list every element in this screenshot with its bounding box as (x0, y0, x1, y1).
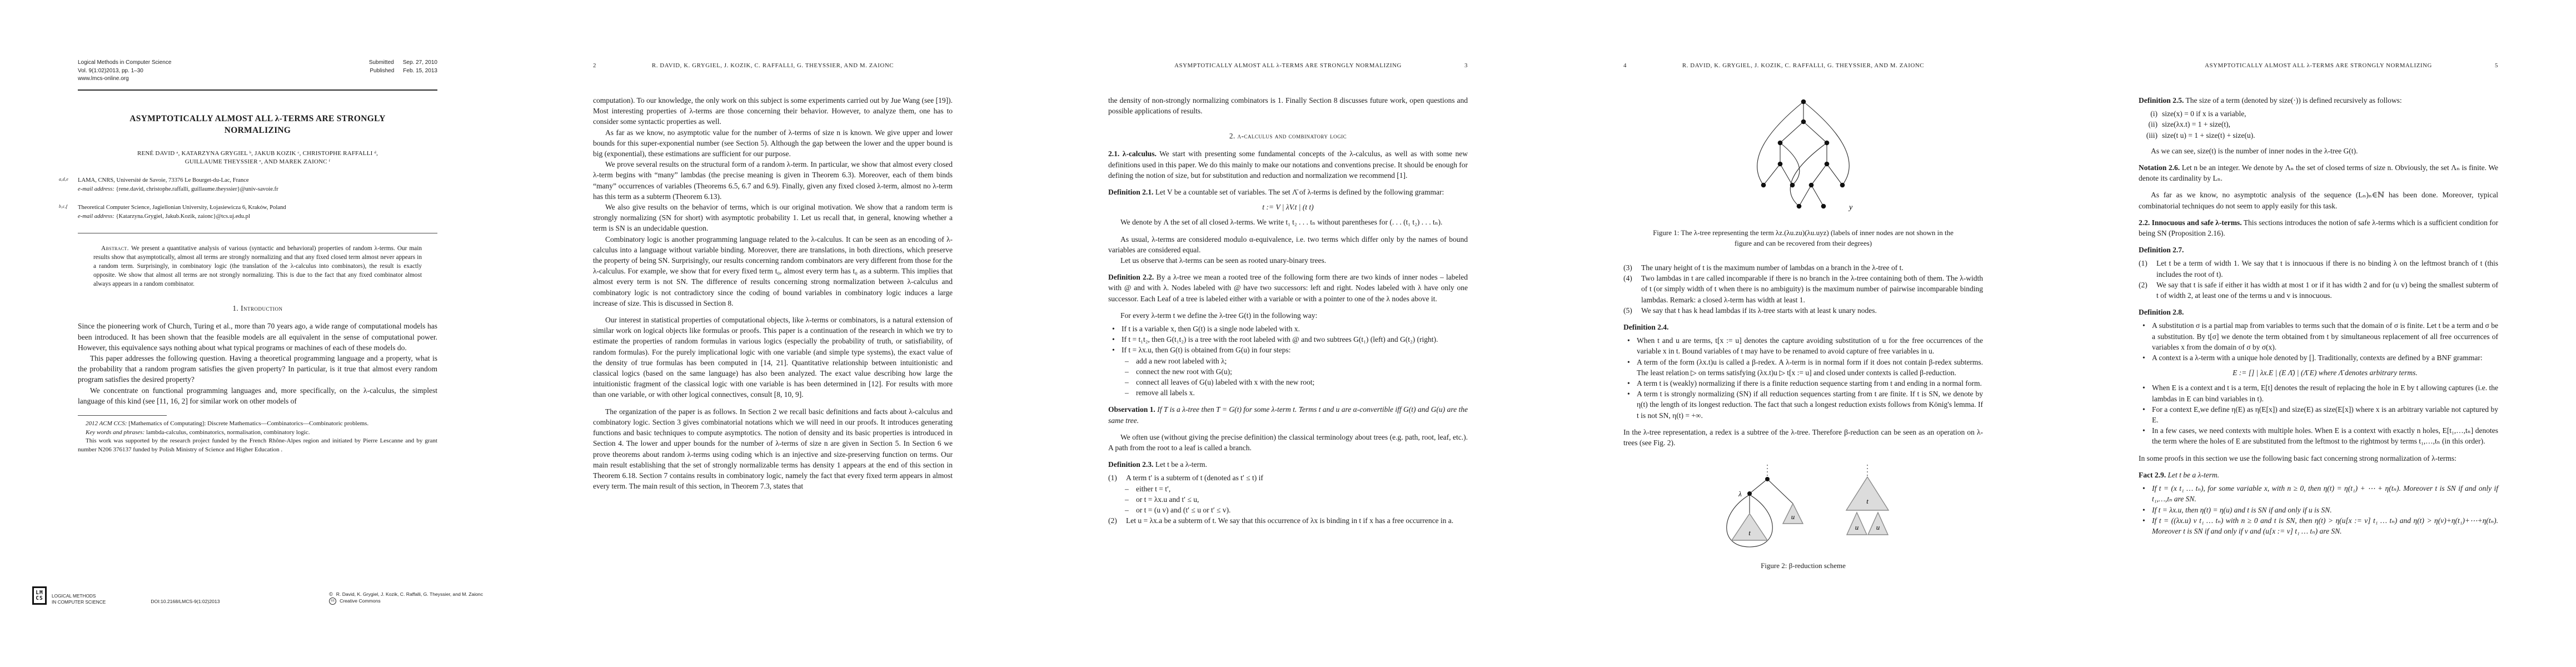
list: (i)size(x) = 0 if x is a variable,(ii)si… (2139, 108, 2498, 141)
page-number: 3 (1464, 62, 1468, 69)
section-heading: 1. Introduction (78, 304, 437, 313)
item-text: remove all labels x. (1136, 389, 1195, 397)
document-canvas: Logical Methods in Computer ScienceVol. … (0, 0, 2576, 667)
list-item: (iii)size(t u) = 1 + size(t) + size(u). (2139, 130, 2498, 141)
paragraph: Definition 2.8. (2139, 307, 2498, 317)
journal-line: Vol. 9(1:02)2013, pp. 1–30 (78, 67, 171, 76)
page-number: 5 (2495, 62, 2498, 69)
paragraph-lead: Definition 2.2. (1108, 273, 1154, 281)
journal-header: Logical Methods in Computer ScienceVol. … (78, 59, 437, 83)
affiliation-address: Theoretical Computer Science, Jagielloni… (78, 203, 437, 212)
page-2: 2R. DAVID, K. GRYGIEL, J. KOZIK, C. RAFF… (515, 0, 1030, 667)
list-item: •If t is a variable x, then G(t) is a si… (1108, 323, 1468, 334)
paragraph: Definition 2.2. By a λ-tree we mean a ro… (1108, 272, 1468, 304)
item-label: • (2142, 515, 2145, 526)
paragraph: 2.1. λ-calculus. We start with presentin… (1108, 148, 1468, 181)
lmcs-logo-text: CS (36, 596, 43, 601)
paragraph-lead: Definition 2.4. (1623, 323, 1668, 331)
svg-text:λ: λ (1738, 490, 1742, 498)
running-header: ASYMPTOTICALLY ALMOST ALL λ-TERMS ARE ST… (1108, 62, 1468, 69)
paragraph: As usual, λ-terms are considered modulo … (1108, 234, 1468, 255)
item-text: We say that t is safe if either it has w… (2156, 281, 2498, 300)
list-item: (2)We say that t is safe if either it ha… (2139, 280, 2498, 301)
horizontal-rule (78, 233, 437, 233)
list-item: •A context is a λ-term with a unique hol… (2139, 352, 2498, 378)
item-label: • (1112, 345, 1115, 355)
paragraph: Combinatory logic is another programming… (593, 234, 953, 308)
title-line: NORMALIZING (78, 125, 437, 136)
footnote-lead: Key words and phrases: (86, 429, 145, 436)
paragraph: computation). To our knowledge, the only… (593, 95, 953, 127)
paragraph-lead: Definition 2.5. (2139, 96, 2184, 104)
item-text: Two lambdas in t are called incomparable… (1641, 274, 1983, 303)
item-text: A term t is (weakly) normalizing if ther… (1637, 379, 1982, 387)
item-text: size(λx.t) = 1 + size(t), (2162, 120, 2230, 128)
svg-text:u: u (1876, 523, 1880, 531)
paragraph: Definition 2.3. Let t be a λ-term. (1108, 459, 1468, 470)
paragraph-lead: Definition 2.1. (1108, 188, 1153, 196)
item-label: (2) (1108, 515, 1117, 526)
authors-line: RENÉ DAVID ᵃ, KATARZYNA GRYGIEL ᵇ, JAKUB… (78, 150, 437, 158)
item-text: A context is a λ-term with a unique hole… (2152, 354, 2483, 362)
paragraph: Definition 2.1. Let V be a countable set… (1108, 187, 1468, 197)
paragraph: Notation 2.6. Let n be an integer. We de… (2139, 162, 2498, 183)
item-text: A substitution σ is a partial map from v… (2152, 321, 2498, 351)
list-item: (i)size(x) = 0 if x is a variable, (2139, 108, 2498, 119)
item-text: If t is a variable x, then G(t) is a sin… (1122, 325, 1300, 333)
item-text: Let t be a term of width 1. We say that … (2156, 259, 2498, 278)
list-item: •If t = t₁t₂, then G(t₁t₂) is a tree wit… (1108, 334, 1468, 345)
item-label: • (2142, 382, 2145, 393)
item-text: connect the new root with G(u); (1136, 367, 1232, 376)
paragraph: We concentrate on functional programming… (78, 385, 437, 406)
item-text: connect all leaves of G(u) labeled with … (1136, 378, 1314, 386)
paragraph: As we can see, size(t) is the number of … (2139, 146, 2498, 156)
item-text: The unary height of t is the maximum num… (1641, 263, 1904, 272)
paper-title: ASYMPTOTICALLY ALMOST ALL λ-TERMS ARE ST… (78, 113, 437, 136)
item-label: (5) (1623, 305, 1632, 316)
creative-commons-icon: cc (329, 598, 336, 605)
section-heading: 2. λ-calculus and combinatory logic (1108, 132, 1468, 141)
item-text: either t = t′, (1136, 485, 1170, 493)
item-label: • (2142, 404, 2145, 415)
paragraph: Definition 2.7. (2139, 245, 2498, 255)
running-title: ASYMPTOTICALLY ALMOST ALL λ-TERMS ARE ST… (1174, 62, 1402, 69)
affiliation-marker: a,d,e (59, 175, 68, 184)
date-value: Feb. 15, 2013 (403, 67, 437, 76)
spacer (1623, 248, 1983, 260)
paragraph: In some proofs in this section we use th… (2139, 453, 2498, 464)
journal-info: Logical Methods in Computer ScienceVol. … (78, 59, 171, 83)
svg-text:u: u (1791, 512, 1795, 521)
item-text: We say that t has k head lambdas if its … (1641, 306, 1877, 315)
page-4: 4R. DAVID, K. GRYGIEL, J. KOZIK, C. RAFF… (1546, 0, 2061, 667)
affiliation-email: e-mail address: {rene.david, christophe.… (78, 185, 437, 194)
list-item: (ii)size(λx.t) = 1 + size(t), (2139, 119, 2498, 130)
cc-text: Creative Commons (340, 598, 381, 605)
list-item: (3)The unary height of t is the maximum … (1623, 262, 1983, 273)
item-text: If t = ((λx.u) v t₁ … tₙ) with n ≥ 0 and… (2152, 516, 2498, 535)
item-text: When t and u are terms, t[x := u] denote… (1637, 336, 1983, 355)
copyright-text: R. David, K. Grygiel, J. Kozik, C. Raffa… (336, 591, 483, 598)
item-label: (2) (2139, 280, 2148, 290)
item-label: – (1125, 505, 1129, 515)
brand-line: Logical Methods (52, 593, 106, 599)
paragraph: Observation 1. If T is a λ-tree then T =… (1108, 404, 1468, 425)
footnote-block: 2012 ACM CCS: [Mathematics of Computatin… (78, 415, 437, 455)
date-label: Published (370, 67, 394, 76)
item-text: size(t u) = 1 + size(t) + size(u). (2162, 131, 2255, 140)
item-label: • (1112, 334, 1115, 345)
affiliation-email: e-mail address: {Katarzyna.Grygiel, Jaku… (78, 212, 437, 221)
list-item: •When t and u are terms, t[x := u] denot… (1623, 335, 1983, 356)
item-label: • (1627, 389, 1630, 399)
item-label: (1) (2139, 258, 2148, 268)
date-value: Sep. 27, 2010 (403, 59, 437, 67)
affiliation: a,d,eLAMA, CNRS, Université de Savoie, 7… (78, 176, 437, 193)
list: •When t and u are terms, t[x := u] denot… (1623, 335, 1983, 421)
list-item: •In a few cases, we need contexts with m… (2139, 425, 2498, 446)
rights-block: ©R. David, K. Grygiel, J. Kozik, C. Raff… (329, 591, 483, 605)
item-label: • (2142, 505, 2145, 515)
paragraph: In the λ-tree representation, a redex is… (1623, 427, 1983, 448)
list-item: •If t = ((λx.u) v t₁ … tₙ) with n ≥ 0 an… (2139, 515, 2498, 536)
list-item: •A term of the form (λx.t)u is called a … (1623, 357, 1983, 378)
item-label: – (1125, 387, 1129, 398)
item-text: When E is a context and t is a term, E[t… (2152, 384, 2498, 402)
item-label: (4) (1623, 273, 1632, 283)
list-subitem: –either t = t′, (1122, 484, 1468, 494)
list-item: •If t = λx.u, then G(t) is obtained from… (1108, 345, 1468, 355)
list-subitem: –connect the new root with G(u); (1122, 366, 1468, 377)
paragraph: Definition 2.5. The size of a term (deno… (2139, 95, 2498, 106)
item-text: Let u = λx.a be a subterm of t. We say t… (1126, 516, 1453, 525)
list-item: (2)Let u = λx.a be a subterm of t. We sa… (1108, 515, 1468, 526)
paragraph: We denote by Λ the set of all closed λ-t… (1108, 217, 1468, 227)
item-text: size(x) = 0 if x is a variable, (2162, 109, 2246, 118)
footnote: Key words and phrases: lambda-calculus, … (78, 429, 437, 437)
svg-text:u: u (1855, 523, 1858, 531)
running-title: ASYMPTOTICALLY ALMOST ALL λ-TERMS ARE ST… (2205, 62, 2432, 69)
paragraph: For every λ-term t we define the λ-tree … (1108, 310, 1468, 321)
item-text: A term t is strongly normalizing (SN) if… (1637, 390, 1983, 419)
paragraph: Definition 2.4. (1623, 322, 1983, 332)
footnote: 2012 ACM CCS: [Mathematics of Computatin… (78, 420, 437, 429)
item-text: If t = λx.u, then η(t) = η(u) and t is S… (2152, 506, 2332, 514)
svg-text:t: t (1748, 529, 1751, 537)
paragraph-lead: Definition 2.8. (2139, 308, 2184, 316)
item-text: For a context E,we define η(E) as η(E[x]… (2152, 405, 2498, 424)
list-subitem: –or t = λx.u and t′ ≤ u, (1122, 494, 1468, 505)
item-text: If t = t₁t₂, then G(t₁t₂) is a tree with… (1122, 335, 1438, 344)
copyright-row: ©R. David, K. Grygiel, J. Kozik, C. Raff… (329, 591, 483, 598)
running-header: ASYMPTOTICALLY ALMOST ALL λ-TERMS ARE ST… (2139, 62, 2498, 69)
running-header: 2R. DAVID, K. GRYGIEL, J. KOZIK, C. RAFF… (593, 62, 953, 69)
paragraph-lead: Definition 2.3. (1108, 460, 1153, 469)
running-header: 4R. DAVID, K. GRYGIEL, J. KOZIK, C. RAFF… (1623, 62, 1983, 69)
running-title: R. DAVID, K. GRYGIEL, J. KOZIK, C. RAFFA… (652, 62, 894, 69)
page-number: 4 (1623, 62, 1627, 69)
paragraph-lead: 2.1. λ-calculus. (1108, 150, 1157, 158)
svg-text:t: t (1866, 497, 1869, 505)
paragraph-lead: Observation 1. (1108, 405, 1155, 414)
lmcs-logo: LMCS (32, 586, 47, 605)
footnote-lead: 2012 ACM CCS: (86, 420, 127, 427)
running-title: R. DAVID, K. GRYGIEL, J. KOZIK, C. RAFFA… (1682, 62, 1924, 69)
item-text: A term of the form (λx.t)u is called a β… (1637, 358, 1983, 377)
lmcs-brand: Logical Methodsin Computer Science (52, 593, 106, 605)
list-item: •A term t is (weakly) normalizing if the… (1623, 378, 1983, 389)
copyright-icon: © (329, 591, 333, 598)
email-label: e-mail address: (78, 213, 116, 220)
item-text: or t = (u v) and (t′ ≤ u or t′ ≤ v). (1136, 506, 1230, 514)
email-value: {rene.david, christophe.raffalli, guilla… (116, 186, 278, 192)
list-item: •For a context E,we define η(E) as η(E[x… (2139, 404, 2498, 425)
abstract-label: Abstract. (101, 245, 131, 252)
affiliation-address: LAMA, CNRS, Université de Savoie, 73376 … (78, 176, 437, 185)
item-text: In a few cases, we need contexts with mu… (2152, 426, 2498, 445)
email-label: e-mail address: (78, 186, 116, 192)
list: •A substitution σ is a partial map from … (2139, 320, 2498, 446)
footnote-rule (78, 415, 167, 416)
display-formula: E := [] | λx.E | (E Λ̄) | (Λ̄ E) where Λ… (2152, 367, 2498, 378)
item-label: • (2142, 483, 2145, 494)
affiliation-marker: b,c,f (59, 202, 67, 211)
item-text: If t = (x t₁ … tₙ), for some variable x,… (2152, 484, 2498, 503)
item-label: • (2142, 320, 2145, 331)
item-label: – (1125, 494, 1129, 505)
figure-caption: Figure 2: β-reduction scheme (1643, 561, 1963, 571)
item-label: • (2142, 352, 2145, 363)
brand-line: in Computer Science (52, 599, 106, 605)
paragraph: This paper addresses the following quest… (78, 353, 437, 385)
list-subitem: –add a new root labeled with λ; (1122, 356, 1468, 366)
item-text: add a new root labeled with λ; (1136, 357, 1227, 365)
list: •If t = (x t₁ … tₙ), for some variable x… (2139, 483, 2498, 536)
item-label: (iii) (2139, 130, 2158, 141)
item-label: • (1627, 335, 1630, 346)
item-label: • (2142, 425, 2145, 436)
date-label: Submitted (369, 59, 394, 67)
list-item: (5)We say that t has k head lambdas if i… (1623, 305, 1983, 316)
submission-dates: SubmittedSep. 27, 2010PublishedFeb. 15, … (369, 59, 437, 83)
doi-text: DOI:10.2168/LMCS-9(1:02)2013 (151, 599, 220, 605)
list-subitem: –or t = (u v) and (t′ ≤ u or t′ ≤ v). (1122, 505, 1468, 515)
page-3: ASYMPTOTICALLY ALMOST ALL λ-TERMS ARE ST… (1030, 0, 1546, 667)
page-1: Logical Methods in Computer ScienceVol. … (0, 0, 515, 667)
paragraph: We also give results on the behavior of … (593, 202, 953, 234)
paragraph: Our interest in statistical properties o… (593, 315, 953, 400)
paragraph: Let us observe that λ-terms can be seen … (1108, 255, 1468, 266)
paragraph-lead: Fact 2.9. (2139, 471, 2166, 479)
affiliation: b,c,fTheoretical Computer Science, Jagie… (78, 203, 437, 221)
list-item: (1)Let t be a term of width 1. We say th… (2139, 258, 2498, 279)
figure-caption: Figure 1: The λ-tree representing the te… (1643, 228, 1963, 248)
item-label: (1) (1108, 472, 1117, 483)
beta-reduction-svg: λtutuu (1684, 462, 1923, 550)
list-item: •A term t is strongly normalizing (SN) i… (1623, 389, 1983, 421)
paragraph: the density of non-strongly normalizing … (1108, 95, 1468, 116)
paragraph: Since the pioneering work of Church, Tur… (78, 321, 437, 353)
list-item: (1)A term t′ is a subterm of t (denoted … (1108, 472, 1468, 483)
item-text: A term t′ is a subterm of t (denoted as … (1126, 474, 1263, 482)
figure-1-lambda-tree: y (1623, 95, 1983, 220)
paragraph-lead: 2.2. Innocuous and safe λ-terms. (2139, 218, 2242, 227)
list: •If t is a variable x, then G(t) is a si… (1108, 323, 1468, 398)
horizontal-rule (78, 89, 437, 91)
figure-2-beta-reduction: λtutuu (1623, 462, 1983, 553)
item-text: or t = λx.u and t′ ≤ u, (1136, 495, 1199, 504)
email-value: {Katarzyna.Grygiel, Jakub.Kozik, zaionc}… (116, 213, 250, 220)
list-item: •When E is a context and t is a term, E[… (2139, 382, 2498, 404)
lambda-tree-svg: y (1715, 95, 1892, 217)
authors-line: GUILLAUME THEYSSIER ᵉ, AND MAREK ZAIONC … (78, 158, 437, 166)
authors: RENÉ DAVID ᵃ, KATARZYNA GRYGIEL ᵇ, JAKUB… (78, 150, 437, 166)
paragraph-lead: Definition 2.7. (2139, 246, 2184, 254)
paragraph: As far as we know, no asymptotic analysi… (2139, 190, 2498, 211)
list: (1)A term t′ is a subterm of t (denoted … (1108, 472, 1468, 526)
item-label: (i) (2139, 108, 2158, 119)
page-5: ASYMPTOTICALLY ALMOST ALL λ-TERMS ARE ST… (2061, 0, 2576, 667)
title-line: ASYMPTOTICALLY ALMOST ALL λ-TERMS ARE ST… (78, 113, 437, 125)
item-label: – (1125, 484, 1129, 494)
list: (1)Let t be a term of width 1. We say th… (2139, 258, 2498, 301)
list-item: •A substitution σ is a partial map from … (2139, 320, 2498, 352)
date-row: PublishedFeb. 15, 2013 (369, 67, 437, 76)
svg-text:y: y (1848, 203, 1853, 212)
list: (3)The unary height of t is the maximum … (1623, 262, 1983, 316)
paragraph: As far as we know, no asymptotic value f… (593, 127, 953, 160)
item-label: • (1627, 378, 1630, 389)
abstract: Abstract. We present a quantitative anal… (93, 245, 422, 288)
paragraph: We often use (without giving the precise… (1108, 432, 1468, 453)
display-formula: t := V | λV.t | (t t) (1108, 202, 1468, 212)
list-item: •If t = λx.u, then η(t) = η(u) and t is … (2139, 505, 2498, 515)
item-label: (ii) (2139, 119, 2158, 130)
page-number: 2 (593, 62, 596, 69)
paragraph: Fact 2.9. Let t be a λ-term. (2139, 470, 2498, 480)
item-label: – (1125, 366, 1129, 377)
item-label: (3) (1623, 262, 1632, 273)
paragraph: 2.2. Innocuous and safe λ-terms. This se… (2139, 217, 2498, 238)
item-text: If t = λx.u, then G(t) is obtained from … (1122, 346, 1291, 354)
footnote: This work was supported by the research … (78, 437, 437, 454)
list-subitem: –connect all leaves of G(u) labeled with… (1122, 377, 1468, 387)
list-subitem: –remove all labels x. (1122, 387, 1468, 398)
item-label: – (1125, 377, 1129, 387)
list-item: (4)Two lambdas in t are called incompara… (1623, 273, 1983, 305)
item-label: • (1627, 357, 1630, 367)
list-item: •If t = (x t₁ … tₙ), for some variable x… (2139, 483, 2498, 504)
date-row: SubmittedSep. 27, 2010 (369, 59, 437, 67)
item-label: • (1112, 323, 1115, 334)
item-label: – (1125, 356, 1129, 366)
paragraph: The organization of the paper is as foll… (593, 406, 953, 492)
paragraph: We prove several results on the structur… (593, 159, 953, 202)
lmcs-footer: LMCSLogical Methodsin Computer ScienceDO… (32, 586, 483, 605)
lmcs-logo-text: LM (36, 590, 43, 596)
journal-url: www.lmcs-online.org (78, 75, 171, 83)
journal-line: Logical Methods in Computer Science (78, 59, 171, 67)
paragraph-lead: Notation 2.6. (2139, 163, 2180, 172)
cc-row: ccCreative Commons (329, 598, 483, 605)
